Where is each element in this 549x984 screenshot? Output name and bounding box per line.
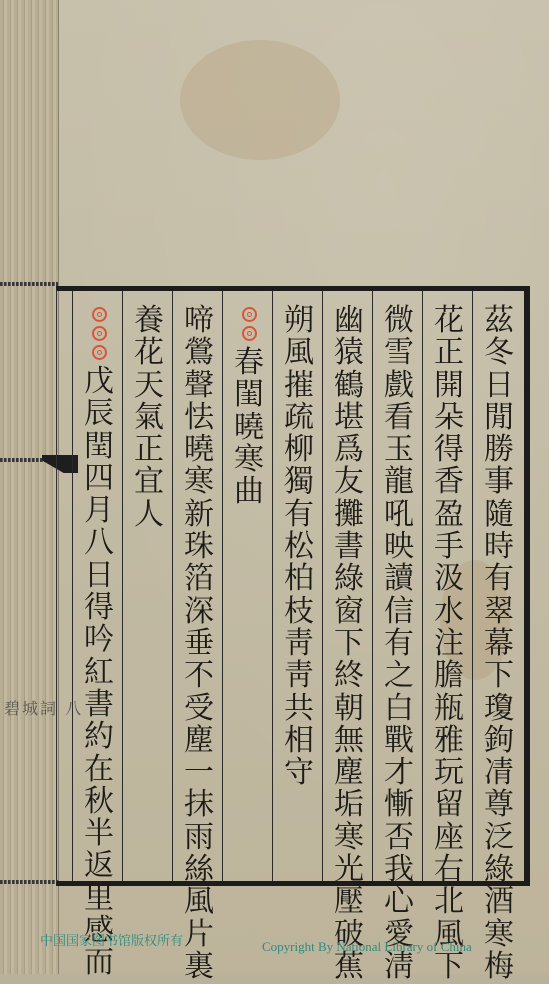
character: 珠 xyxy=(184,531,214,563)
character: 終 xyxy=(334,660,364,692)
character: 玉 xyxy=(384,434,414,466)
character: 注 xyxy=(434,628,464,660)
character: 信 xyxy=(384,596,414,628)
circle-marker-icon xyxy=(92,326,107,341)
character: 心 xyxy=(384,886,414,918)
character: 秋 xyxy=(84,786,114,818)
character: 塵 xyxy=(334,757,364,789)
character: 朝 xyxy=(334,693,364,725)
character: 風 xyxy=(284,337,314,369)
character: 朵 xyxy=(434,402,464,434)
character: 綠 xyxy=(334,563,364,595)
character: 座 xyxy=(434,822,464,854)
character: 手 xyxy=(434,531,464,563)
character: 才 xyxy=(384,757,414,789)
character: 北 xyxy=(434,886,464,918)
character: 新 xyxy=(184,499,214,531)
character: 汲 xyxy=(434,563,464,595)
character: 約 xyxy=(84,721,114,753)
character: 養 xyxy=(134,305,164,337)
character: 返 xyxy=(84,850,114,882)
character: 箔 xyxy=(184,563,214,595)
character: 抹 xyxy=(184,789,214,821)
character: 寒 xyxy=(234,444,264,476)
character: 日 xyxy=(484,370,514,402)
character: 之 xyxy=(384,660,414,692)
character: 一 xyxy=(184,757,214,789)
character: 泛 xyxy=(484,822,514,854)
character: 八 xyxy=(84,527,114,559)
character: 閒 xyxy=(484,402,514,434)
character: 無 xyxy=(334,725,364,757)
edge-frame-line xyxy=(0,880,58,884)
character: 有 xyxy=(384,628,414,660)
character: 友 xyxy=(334,466,364,498)
character: 茲 xyxy=(484,305,514,337)
character: 猿 xyxy=(334,337,364,369)
character: 幕 xyxy=(484,628,514,660)
circle-marker-icon xyxy=(92,345,107,360)
watermark-english: Copyright By National Library of China xyxy=(262,939,472,955)
character: 共 xyxy=(284,693,314,725)
character: 天 xyxy=(134,370,164,402)
column-rule xyxy=(272,291,273,881)
character: 吼 xyxy=(384,499,414,531)
character: 柏 xyxy=(284,563,314,595)
character: 留 xyxy=(434,789,464,821)
character: 瓶 xyxy=(434,693,464,725)
character: 開 xyxy=(434,370,464,402)
character: 凊 xyxy=(484,757,514,789)
circle-marker-icon xyxy=(242,326,257,341)
text-column-3: 微雪戲看玉龍吼映讀信有之白戰才慚否我心愛淸 xyxy=(379,305,419,974)
circle-marker-icon xyxy=(242,307,257,322)
poem-title-column: 春閨曉寒曲 xyxy=(229,305,269,508)
character: 有 xyxy=(284,499,314,531)
character: 綠 xyxy=(484,854,514,886)
character: 戲 xyxy=(384,370,414,402)
character: 花 xyxy=(134,337,164,369)
text-column-5: 朔風摧疏柳獨有松柏枝靑靑共相守 xyxy=(279,305,319,789)
character: 白 xyxy=(384,693,414,725)
character: 冬 xyxy=(484,337,514,369)
character: 右 xyxy=(434,854,464,886)
character: 戊 xyxy=(84,366,114,398)
character: 讀 xyxy=(384,563,414,595)
character: 幽 xyxy=(334,305,364,337)
character: 書 xyxy=(334,531,364,563)
character: 梅 xyxy=(484,951,514,974)
character: 龍 xyxy=(384,466,414,498)
character: 獨 xyxy=(284,466,314,498)
character: 我 xyxy=(384,854,414,886)
character: 柳 xyxy=(284,434,314,466)
column-rule xyxy=(122,291,123,881)
character: 而 xyxy=(84,947,114,974)
character: 閏 xyxy=(84,431,114,463)
character: 鉤 xyxy=(484,725,514,757)
character: 春 xyxy=(234,347,264,379)
watermark-chinese: 中国国家图书馆版权所有 xyxy=(40,930,183,949)
character: 寒 xyxy=(184,466,214,498)
character: 鶴 xyxy=(334,370,364,402)
character: 宜 xyxy=(134,466,164,498)
column-rule xyxy=(322,291,323,881)
column-rule xyxy=(372,291,373,881)
character: 月 xyxy=(84,495,114,527)
character: 盈 xyxy=(434,499,464,531)
character: 里 xyxy=(84,883,114,915)
fore-edge: 碧城詞 八 xyxy=(0,0,59,974)
column-rule xyxy=(222,291,223,881)
character: 垂 xyxy=(184,628,214,660)
character: 曉 xyxy=(184,434,214,466)
character: 否 xyxy=(384,822,414,854)
character: 靑 xyxy=(284,628,314,660)
text-column-8: 養花天氣正宜人 xyxy=(129,305,169,531)
character: 得 xyxy=(84,592,114,624)
character: 窗 xyxy=(334,596,364,628)
character: 閨 xyxy=(234,379,264,411)
character: 裏 xyxy=(184,951,214,974)
character: 玩 xyxy=(434,757,464,789)
column-rule xyxy=(472,291,473,881)
character: 翠 xyxy=(484,596,514,628)
character: 松 xyxy=(284,531,314,563)
character: 疏 xyxy=(284,402,314,434)
character: 下 xyxy=(334,628,364,660)
character: 看 xyxy=(384,402,414,434)
character: 瓊 xyxy=(484,693,514,725)
character: 壓 xyxy=(334,886,364,918)
edge-frame-line xyxy=(0,282,58,286)
character: 曲 xyxy=(234,476,264,508)
character: 正 xyxy=(134,434,164,466)
character: 人 xyxy=(134,499,164,531)
paper-stain xyxy=(180,40,340,160)
character: 勝 xyxy=(484,434,514,466)
character: 有 xyxy=(484,563,514,595)
character: 曉 xyxy=(234,412,264,444)
text-column-4: 幽猿鶴堪爲友攤書綠窗下終朝無塵垢寒光壓破蕉 xyxy=(329,305,369,974)
character: 摧 xyxy=(284,370,314,402)
book-page: 碧城詞 八 茲冬日閒勝事隨時有翠幕下瓊鉤凊尊泛綠酒寒梅 花正開朵得香盈手汲水注膽… xyxy=(0,0,549,974)
character: 怯 xyxy=(184,402,214,434)
character: 香 xyxy=(434,466,464,498)
character: 鶯 xyxy=(184,337,214,369)
character: 吟 xyxy=(84,624,114,656)
character: 尊 xyxy=(484,789,514,821)
character: 受 xyxy=(184,693,214,725)
character: 四 xyxy=(84,463,114,495)
character: 寒 xyxy=(334,822,364,854)
text-column-1: 茲冬日閒勝事隨時有翠幕下瓊鉤凊尊泛綠酒寒梅 xyxy=(479,305,519,974)
character: 雨 xyxy=(184,822,214,854)
character: 映 xyxy=(384,531,414,563)
character: 垢 xyxy=(334,789,364,821)
character: 日 xyxy=(84,560,114,592)
character: 時 xyxy=(484,531,514,563)
character: 攤 xyxy=(334,499,364,531)
text-column-2: 花正開朵得香盈手汲水注膽瓶雅玩留座右北風下 xyxy=(429,305,469,974)
character: 深 xyxy=(184,596,214,628)
column-rule xyxy=(72,291,73,881)
character: 隨 xyxy=(484,499,514,531)
character: 花 xyxy=(434,305,464,337)
character: 紅 xyxy=(84,657,114,689)
character: 絲 xyxy=(184,854,214,886)
character: 寒 xyxy=(484,919,514,951)
character: 事 xyxy=(484,466,514,498)
text-column-9: 戊辰閏四月八日得吟紅書約在秋半返里感而 xyxy=(79,305,119,974)
character: 聲 xyxy=(184,370,214,402)
character: 氣 xyxy=(134,402,164,434)
character: 下 xyxy=(484,660,514,692)
text-frame: 茲冬日閒勝事隨時有翠幕下瓊鉤凊尊泛綠酒寒梅 花正開朵得香盈手汲水注膽瓶雅玩留座右… xyxy=(56,286,530,886)
character: 爲 xyxy=(334,434,364,466)
character: 不 xyxy=(184,660,214,692)
character: 靑 xyxy=(284,660,314,692)
character: 辰 xyxy=(84,398,114,430)
character: 啼 xyxy=(184,305,214,337)
character: 朔 xyxy=(284,305,314,337)
character: 正 xyxy=(434,337,464,369)
character: 枝 xyxy=(284,596,314,628)
character: 片 xyxy=(184,919,214,951)
character: 守 xyxy=(284,757,314,789)
character: 風 xyxy=(184,886,214,918)
column-rule xyxy=(422,291,423,881)
character: 水 xyxy=(434,596,464,628)
character: 塵 xyxy=(184,725,214,757)
circle-marker-icon xyxy=(92,307,107,322)
character: 雪 xyxy=(384,337,414,369)
column-rule xyxy=(172,291,173,881)
character: 在 xyxy=(84,754,114,786)
character: 微 xyxy=(384,305,414,337)
character: 得 xyxy=(434,434,464,466)
character: 光 xyxy=(334,854,364,886)
character: 慚 xyxy=(384,789,414,821)
character: 酒 xyxy=(484,886,514,918)
character: 戰 xyxy=(384,725,414,757)
character: 膽 xyxy=(434,660,464,692)
character: 半 xyxy=(84,818,114,850)
character: 堪 xyxy=(334,402,364,434)
character: 相 xyxy=(284,725,314,757)
character: 書 xyxy=(84,689,114,721)
character: 雅 xyxy=(434,725,464,757)
text-column-7: 啼鶯聲怯曉寒新珠箔深垂不受塵一抹雨絲風片裏 xyxy=(179,305,219,974)
